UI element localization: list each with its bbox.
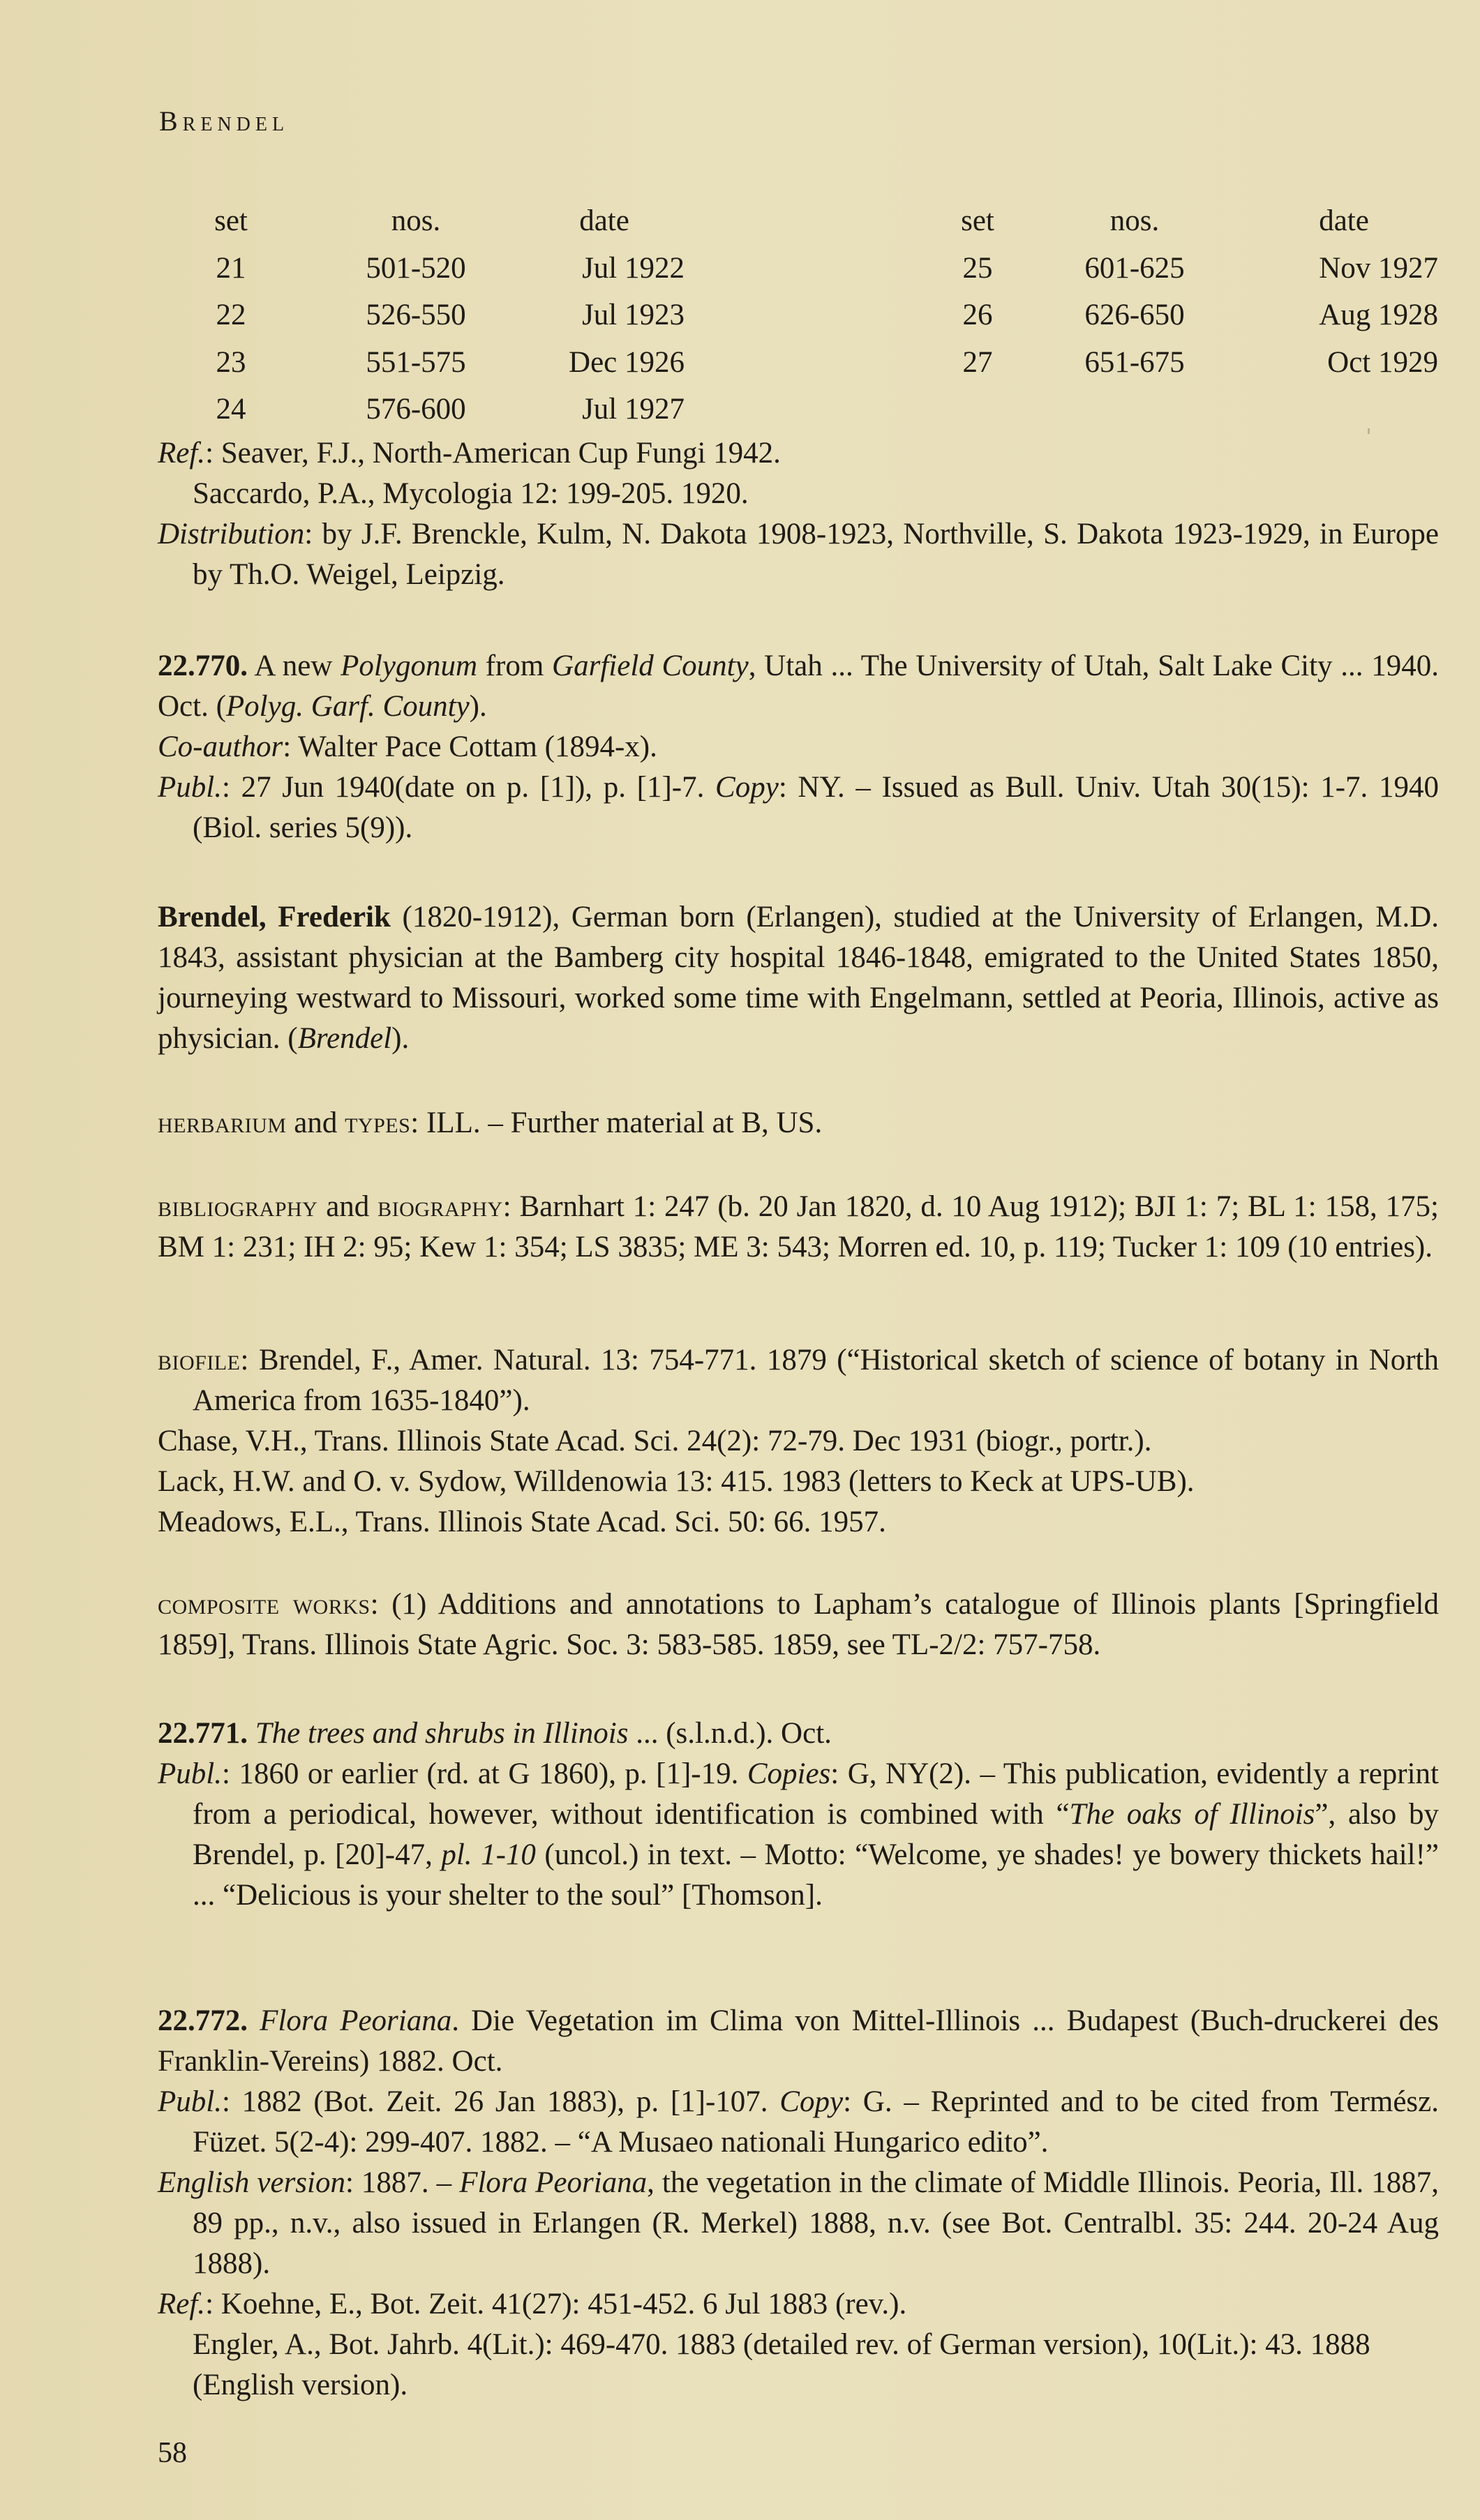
coauthor-label: Co-author xyxy=(158,730,283,763)
ref-paragraph: Ref.: Koehne, E., Bot. Zeit. 41(27): 451… xyxy=(158,2284,1439,2325)
bibliography-section: bibliography and biography: Barnhart 1: … xyxy=(158,1187,1439,1268)
title-text: ... (s.l.n.d.). Oct. xyxy=(628,1717,831,1750)
author-bio: Brendel, Frederik (1820-1912), German bo… xyxy=(158,897,1439,1059)
herbarium-label: herbarium xyxy=(158,1107,287,1139)
publ-text: : 1860 or earlier (rd. at G 1860), p. [1… xyxy=(222,1757,747,1790)
header-nos: nos. xyxy=(1065,197,1204,245)
cell-date: Oct 1929 xyxy=(1243,339,1438,387)
composite-works-label: composite works xyxy=(158,1588,371,1621)
label-conj: and xyxy=(287,1107,345,1139)
entry-22-772: 22.772. Flora Peoriana. Die Vegetation i… xyxy=(158,2001,1439,2406)
biofile-entry: Chase, V.H., Trans. Illinois State Acad.… xyxy=(158,1421,1439,1462)
cell-date: Jul 1927 xyxy=(521,386,685,433)
types-label: types xyxy=(345,1107,410,1139)
biofile-section: biofile: Brendel, F., Amer. Natural. 13:… xyxy=(158,1340,1439,1543)
distribution-paragraph: Distribution: by J.F. Brenckle, Kulm, N.… xyxy=(158,514,1439,595)
cell-date: Nov 1927 xyxy=(1243,245,1438,292)
biofile-entry: Lack, H.W. and O. v. Sydow, Willdenowia … xyxy=(158,1462,1439,1502)
cell-nos: 576-600 xyxy=(346,386,486,433)
entry-title: 22.772. Flora Peoriana. Die Vegetation i… xyxy=(158,2001,1439,2082)
cell-nos: 501-520 xyxy=(346,245,486,292)
cell-set: 22 xyxy=(193,292,269,339)
header-date: date xyxy=(535,197,674,245)
biofile-entry: biofile: Brendel, F., Amer. Natural. 13:… xyxy=(158,1340,1439,1421)
title-text: from xyxy=(477,650,552,682)
publ-text: : 27 Jun 1940(date on p. [1]), p. [1]-7. xyxy=(222,771,715,804)
cell-set: 23 xyxy=(193,339,269,387)
exsiccatae-notes: Ref.: Seaver, F.J., North-American Cup F… xyxy=(158,433,1439,595)
title-italic: Garfield County xyxy=(552,650,749,682)
biofile-text: : Brendel, F., Amer. Natural. 13: 754-77… xyxy=(193,1344,1439,1417)
title-italic: The trees and shrubs in Illinois xyxy=(248,1717,628,1750)
entry-number: 22.771. xyxy=(158,1717,248,1750)
ref-paragraph: Ref.: Seaver, F.J., North-American Cup F… xyxy=(158,433,1439,474)
biography-label: biography xyxy=(378,1190,503,1223)
publ-label: Publ. xyxy=(158,1757,222,1790)
ref-continuation: Engler, A., Bot. Jahrb. 4(Lit.): 469-470… xyxy=(158,2325,1439,2406)
composite-works-section: composite works: (1) Additions and annot… xyxy=(158,1584,1439,1665)
eponym: Brendel xyxy=(298,1022,392,1055)
english-version-paragraph: English version: 1887. – Flora Peoriana,… xyxy=(158,2163,1439,2284)
herbarium-paragraph: herbarium and types: ILL. – Further mate… xyxy=(158,1103,1439,1143)
distribution-text: : by J.F. Brenckle, Kulm, N. Dakota 1908… xyxy=(193,518,1439,591)
cell-set: 25 xyxy=(939,245,1016,292)
herbarium-section: herbarium and types: ILL. – Further mate… xyxy=(158,1103,1439,1143)
english-version-label: English version xyxy=(158,2166,345,2199)
biofile-label: biofile xyxy=(158,1344,241,1377)
cell-set: 27 xyxy=(939,339,1016,387)
table-row: 21 501-520 Jul 1922 25 601-625 Nov 1927 xyxy=(158,245,1439,292)
cell-nos: 601-625 xyxy=(1065,245,1204,292)
page-number: 58 xyxy=(158,2436,187,2470)
english-text: : 1887. – xyxy=(345,2166,459,2199)
title-text: A new xyxy=(248,650,341,682)
entry-22-771: 22.771. The trees and shrubs in Illinois… xyxy=(158,1713,1439,1916)
copy-label: Copy xyxy=(779,2085,843,2118)
cell-set: 26 xyxy=(939,292,1016,339)
cell-date: Dec 1926 xyxy=(521,339,685,387)
entry-number: 22.770. xyxy=(158,650,248,682)
running-head: Brendel xyxy=(159,105,289,137)
title-italic: Polygonum xyxy=(341,650,477,682)
header-set: set xyxy=(939,197,1016,245)
copies-label: Copies xyxy=(747,1757,830,1790)
biofile-entry: Meadows, E.L., Trans. Illinois State Aca… xyxy=(158,1502,1439,1543)
ref-label: Ref. xyxy=(158,437,205,470)
cell-nos: 651-675 xyxy=(1065,339,1204,387)
publ-paragraph: Publ.: 27 Jun 1940(date on p. [1]), p. [… xyxy=(158,767,1439,848)
exsiccatae-table: set nos. date set nos. date 21 501-520 J… xyxy=(158,197,1439,433)
bibliography-label: bibliography xyxy=(158,1190,317,1223)
cell-date: Aug 1928 xyxy=(1243,292,1438,339)
entry-title: 22.770. A new Polygonum from Garfield Co… xyxy=(158,646,1439,727)
cell-nos: 551-575 xyxy=(346,339,486,387)
title-italic: Flora Peoriana xyxy=(248,2004,451,2037)
header-nos: nos. xyxy=(346,197,486,245)
coauthor-paragraph: Co-author: Walter Pace Cottam (1894-x). xyxy=(158,727,1439,767)
header-date: date xyxy=(1274,197,1414,245)
english-title: Flora Peoriana xyxy=(459,2166,647,2199)
ref-continuation: Saccardo, P.A., Mycologia 12: 199-205. 1… xyxy=(158,474,1439,514)
label-conj: and xyxy=(317,1190,378,1223)
bibliography-paragraph: bibliography and biography: Barnhart 1: … xyxy=(158,1187,1439,1268)
plates: pl. 1-10 xyxy=(441,1838,536,1871)
publ-label: Publ. xyxy=(158,771,222,804)
cell-date: Jul 1922 xyxy=(521,245,685,292)
author-entry: Brendel, Frederik (1820-1912), German bo… xyxy=(158,897,1439,1059)
ref-text: : Seaver, F.J., North-American Cup Fungi… xyxy=(205,437,781,470)
bio-text: ). xyxy=(391,1022,409,1055)
publ-label: Publ. xyxy=(158,2085,222,2118)
publ-text: : 1882 (Bot. Zeit. 26 Jan 1883), p. [1]-… xyxy=(222,2085,779,2118)
ref-text: : Koehne, E., Bot. Zeit. 41(27): 451-452… xyxy=(205,2288,906,2320)
publ-paragraph: Publ.: 1860 or earlier (rd. at G 1860), … xyxy=(158,1754,1439,1916)
short-title: Polyg. Garf. County xyxy=(226,690,470,723)
table-header-row: set nos. date set nos. date xyxy=(158,197,1439,245)
table-row: 24 576-600 Jul 1927 xyxy=(158,386,1439,433)
coauthor-text: : Walter Pace Cottam (1894-x). xyxy=(283,730,657,763)
author-name: Brendel, Frederik xyxy=(158,901,391,933)
oaks-title: The oaks of Illinois xyxy=(1070,1798,1315,1831)
cell-date: Jul 1923 xyxy=(521,292,685,339)
ref-label: Ref. xyxy=(158,2288,205,2320)
entry-22-770: 22.770. A new Polygonum from Garfield Co… xyxy=(158,646,1439,848)
header-set: set xyxy=(193,197,269,245)
cell-nos: 526-550 xyxy=(346,292,486,339)
entry-number: 22.772. xyxy=(158,2004,248,2037)
table-row: 22 526-550 Jul 1923 26 626-650 Aug 1928 xyxy=(158,292,1439,339)
herbarium-text: : ILL. – Further material at B, US. xyxy=(410,1107,822,1139)
title-text: ). xyxy=(470,690,487,723)
copy-label: Copy xyxy=(715,771,779,804)
table-row: 23 551-575 Dec 1926 27 651-675 Oct 1929 xyxy=(158,339,1439,387)
cell-set: 21 xyxy=(193,245,269,292)
cell-nos: 626-650 xyxy=(1065,292,1204,339)
entry-title: 22.771. The trees and shrubs in Illinois… xyxy=(158,1713,1439,1754)
distribution-label: Distribution xyxy=(158,518,304,550)
composite-works-paragraph: composite works: (1) Additions and annot… xyxy=(158,1584,1439,1665)
publ-paragraph: Publ.: 1882 (Bot. Zeit. 26 Jan 1883), p.… xyxy=(158,2082,1439,2163)
cell-set: 24 xyxy=(193,386,269,433)
